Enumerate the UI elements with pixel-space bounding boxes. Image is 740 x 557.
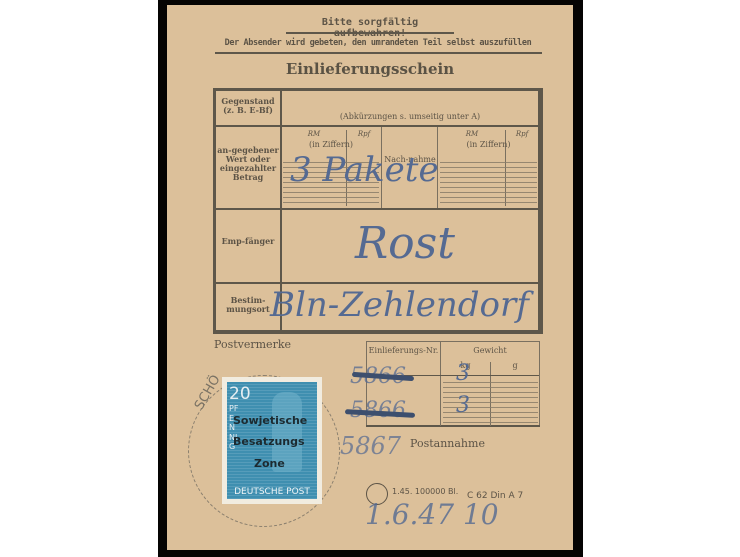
row-divider	[215, 208, 539, 210]
note-abbreviations: (Abkürzungen s. umseitig unter A)	[290, 112, 530, 121]
label-postannahme: Postannahme	[410, 437, 485, 450]
overprint-line: Zone	[254, 457, 285, 470]
instruction-keep-safe: Bitte sorgfältig aufbewahren!	[284, 17, 456, 39]
handwritten-number: 5867	[340, 432, 401, 460]
label-gegenstand: Gegenstand (z. B. E-Bf)	[216, 97, 280, 115]
box-border-bottom	[366, 425, 540, 427]
overprint-line: Sowjetische	[233, 414, 307, 427]
divider	[215, 52, 542, 54]
stamp-bottom-text: DEUTSCHE POST	[227, 487, 317, 497]
print-info: 1.45. 100000 Bl.	[392, 487, 458, 496]
unit-rpf: Rpf	[348, 130, 380, 138]
box-border-top	[366, 341, 540, 342]
instruction-sender: Der Absender wird gebeten, den umrandete…	[212, 38, 544, 48]
in-ziffern-left: (in Ziffern)	[283, 140, 379, 149]
box-border-right	[539, 341, 540, 426]
postage-stamp: 20 PFENNIG Sowjetische Besatzungs Zone D…	[222, 377, 322, 504]
row-divider	[215, 125, 539, 127]
handwritten-recipient: Rost	[355, 218, 515, 269]
overprint-line: Besatzungs	[233, 435, 305, 448]
document-title: Einlieferungsschein	[250, 60, 490, 78]
stamp-value: 20	[229, 384, 251, 404]
handwritten-weight-kg: 3	[456, 393, 470, 418]
handwritten-weight-kg: 3	[456, 361, 470, 386]
label-einlieferungs-nr: Einlieferungs-Nr.	[367, 346, 440, 355]
label-postvermerke: Postvermerke	[214, 338, 291, 351]
handwritten-contents: 3 Pakete	[290, 150, 540, 190]
unit-rm: RM	[283, 130, 345, 138]
divider	[286, 32, 454, 34]
handwritten-destination: Bln-Zehlendorf	[270, 285, 570, 325]
in-ziffern-right: (in Ziffern)	[440, 140, 537, 149]
table-border-bottom	[213, 330, 543, 334]
label-wert: an-gegebener Wert oder eingezahlter Betr…	[216, 146, 280, 182]
label-empfaenger: Emp-fänger	[216, 237, 280, 246]
label-g: g	[491, 361, 539, 370]
row-divider	[215, 282, 539, 284]
unit-rpf: Rpf	[507, 130, 537, 138]
unit-rm: RM	[440, 130, 504, 138]
table-border-top	[213, 88, 543, 91]
label-gewicht: Gewicht	[441, 346, 539, 355]
handwritten-date: 1.6.47 10	[365, 498, 499, 531]
